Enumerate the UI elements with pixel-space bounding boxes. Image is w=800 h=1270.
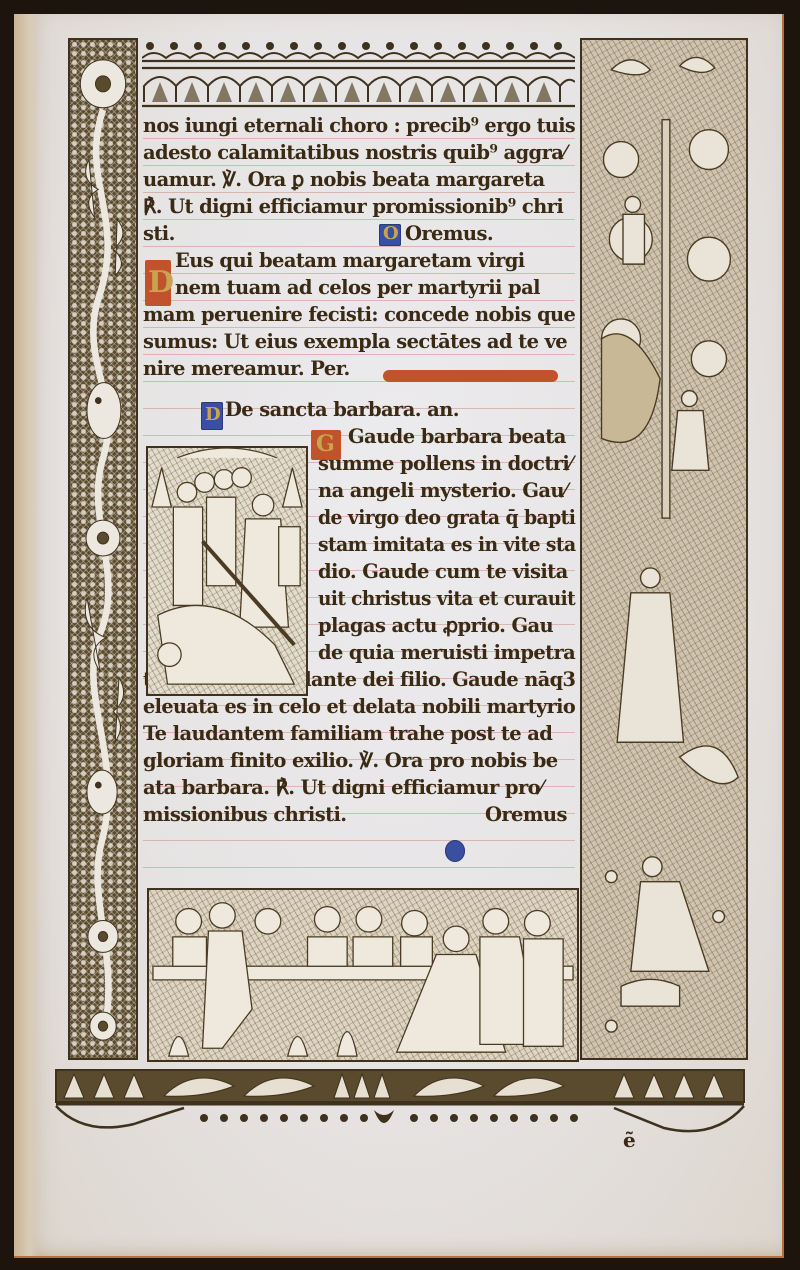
footer-frieze: Foliate frieze with acanthus and pendant…: [54, 1066, 746, 1146]
antiphon-line: de quia meruisti impetra: [318, 639, 575, 667]
antiphon-line: summe pollens in doctri⁄: [318, 450, 572, 478]
oremus-final: Oremus: [485, 801, 567, 829]
initial-d-blue: D: [201, 402, 223, 430]
text-line: nos iungi eternali choro : precib⁹ ergo …: [143, 112, 575, 140]
line-filler-red: [383, 370, 558, 382]
rubric-heading-barbara: De sancta barbara. an.: [225, 396, 459, 424]
antiphon-line: dio. Gaude cum te visita: [318, 558, 568, 586]
martyrdom-of-st-barbara-woodcut: Martyrdom of St. Barbara — executioner w…: [146, 446, 308, 696]
text-line: ℟. Ut digni efficiamur promissionib⁹ chr…: [143, 193, 563, 221]
antiphon-line: Gaude barbara beata: [348, 423, 566, 451]
text-line: eleuata es in celo et delata nobili mart…: [143, 693, 575, 721]
text-line: Eus qui beatam margaretam virgi: [175, 247, 525, 275]
signature-mark: ẽ: [623, 1128, 636, 1152]
text-line: Te laudantem familiam trahe post te ad: [143, 720, 552, 748]
oremus-heading: Oremus.: [405, 220, 493, 248]
text-line: sumus: Ut eius exempla sectātes ad te ve: [143, 328, 567, 356]
initial-d-gold: D: [145, 260, 171, 306]
top-border-frieze: Gothic arcade frieze with trefoil cresti…: [142, 38, 575, 110]
antiphon-line: uit christus vita et curauit: [318, 585, 575, 613]
antiphon-line: plagas actu ꝓprio. Gau: [318, 612, 553, 640]
antiphon-line: de virgo deo grata q̄ bapti: [318, 504, 575, 532]
initial-o-blue: O: [379, 224, 401, 246]
text-line: sti.: [143, 220, 175, 248]
left-floral-border: Floral vine border with flowers, grotesq…: [68, 38, 138, 1060]
text-line: adesto calamitatibus nostris quib⁹ aggra…: [143, 139, 566, 167]
text-line: ata barbara. ℟. Ut digni efficiamur pro⁄: [143, 774, 543, 802]
antiphon-line: stam imitata es in vite sta: [318, 531, 576, 559]
text-line: nire mereamur. Per.: [143, 355, 350, 383]
right-pictorial-border: Tree with figures climbing, doves at top…: [580, 38, 748, 1060]
text-line: uamur. ℣. Ora ꝑ nobis beata margareta: [143, 166, 545, 194]
antiphon-line: na angeli mysterio. Gau⁄: [318, 477, 567, 505]
seated-youths-woodcut: Scene of seated youths in conversation a…: [147, 888, 579, 1062]
text-line: missionibus christi.: [143, 801, 347, 829]
page-edge-stain: [14, 14, 40, 1256]
blue-paraph-mark: [445, 840, 465, 862]
text-line: gloriam finito exilio. ℣. Ora pro nobis …: [143, 747, 558, 775]
text-line: nem tuam ad celos per martyrii pal: [175, 274, 540, 302]
text-line: mam peruenire fecisti: concede nobis que: [143, 301, 575, 329]
